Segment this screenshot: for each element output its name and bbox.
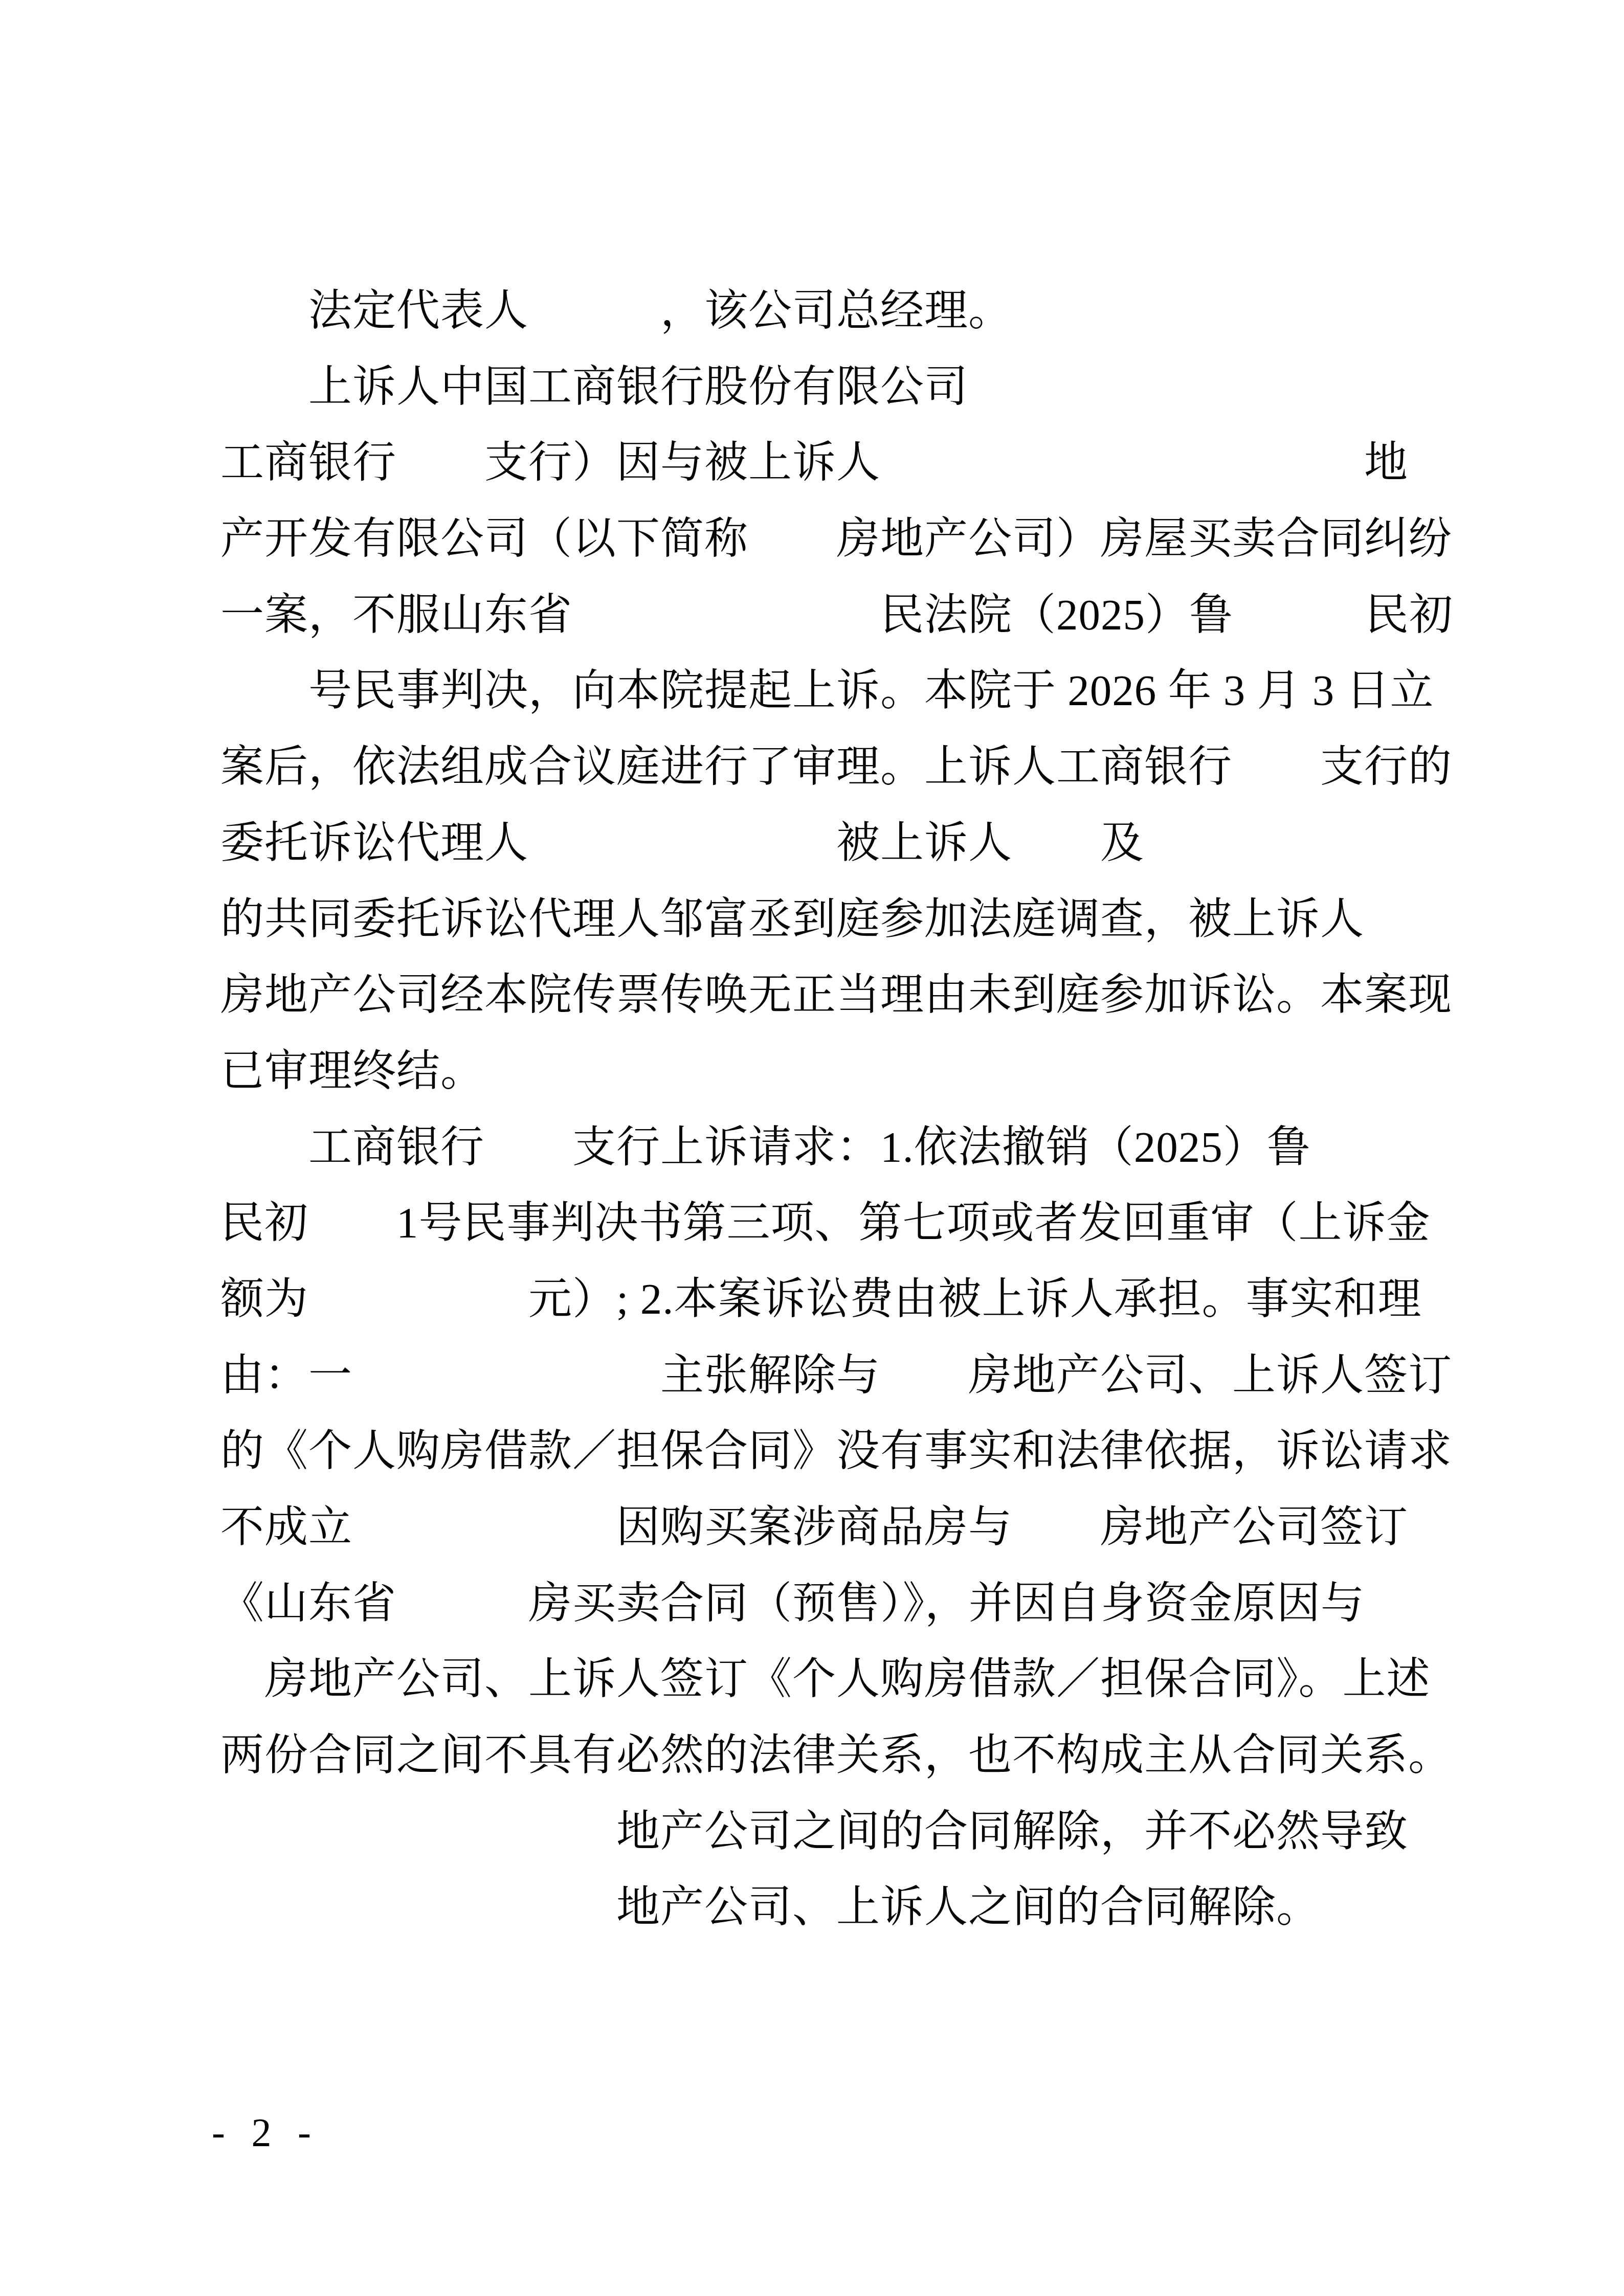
text-line: 委托诉讼代理人 被上诉人 及: [220, 805, 1463, 882]
page-number: - 2 -: [212, 2107, 319, 2158]
text-line: 房地产公司经本院传票传唤无正当理由未到庭参加诉讼。本案现: [220, 957, 1463, 1033]
text-line: 号民事判决，向本院提起上诉。本院于 2026 年 3 月 3 日立: [220, 653, 1463, 729]
text-line: 案后，依法组成合议庭进行了审理。上诉人工商银行 支行的: [220, 729, 1463, 805]
text-line: 《山东省 房买卖合同（预售）》，并因自身资金原因与: [220, 1566, 1463, 1642]
text-line: 的共同委托诉讼代理人邹富丞到庭参加法庭调查，被上诉人: [220, 882, 1463, 958]
text-line: 额为 元）; 2.本案诉讼费由被上诉人承担。事实和理: [220, 1262, 1463, 1338]
text-line: 产开发有限公司（以下简称 房地产公司）房屋买卖合同纠纷: [220, 501, 1463, 577]
text-line: 房地产公司、上诉人签订《个人购房借款／担保合同》。上述: [220, 1641, 1463, 1718]
text-line: 一案，不服山东省 民法院（2025）鲁 民初: [220, 577, 1463, 654]
text-line: 地产公司、上诉人之间的合同解除。: [220, 1870, 1463, 1946]
text-line: 上诉人中国工商银行股份有限公司: [220, 349, 1463, 425]
document-body-text: 法定代表人 ，该公司总经理。 上诉人中国工商银行股份有限公司工商银行 支行）因与…: [220, 273, 1463, 1946]
text-line: 两份合同之间不具有必然的法律关系，也不构成主从合同关系。: [220, 1718, 1463, 1794]
text-line: 民初 1号民事判决书第三项、第七项或者发回重审（上诉金: [220, 1185, 1463, 1262]
text-line: 法定代表人 ，该公司总经理。: [220, 273, 1463, 349]
text-line: 工商银行 支行上诉请求：1.依法撤销（2025）鲁: [220, 1110, 1463, 1186]
document-page: 法定代表人 ，该公司总经理。 上诉人中国工商银行股份有限公司工商银行 支行）因与…: [0, 0, 1624, 2296]
text-line: 由：一 主张解除与 房地产公司、上诉人签订: [220, 1338, 1463, 1414]
text-line: 地产公司之间的合同解除，并不必然导致: [220, 1794, 1463, 1870]
text-line: 工商银行 支行）因与被上诉人 地: [220, 425, 1463, 501]
text-line: 已审理终结。: [220, 1033, 1463, 1110]
text-line: 不成立 因购买案涉商品房与 房地产公司签订: [220, 1490, 1463, 1566]
text-line: 的《个人购房借款／担保合同》没有事实和法律依据，诉讼请求: [220, 1413, 1463, 1490]
